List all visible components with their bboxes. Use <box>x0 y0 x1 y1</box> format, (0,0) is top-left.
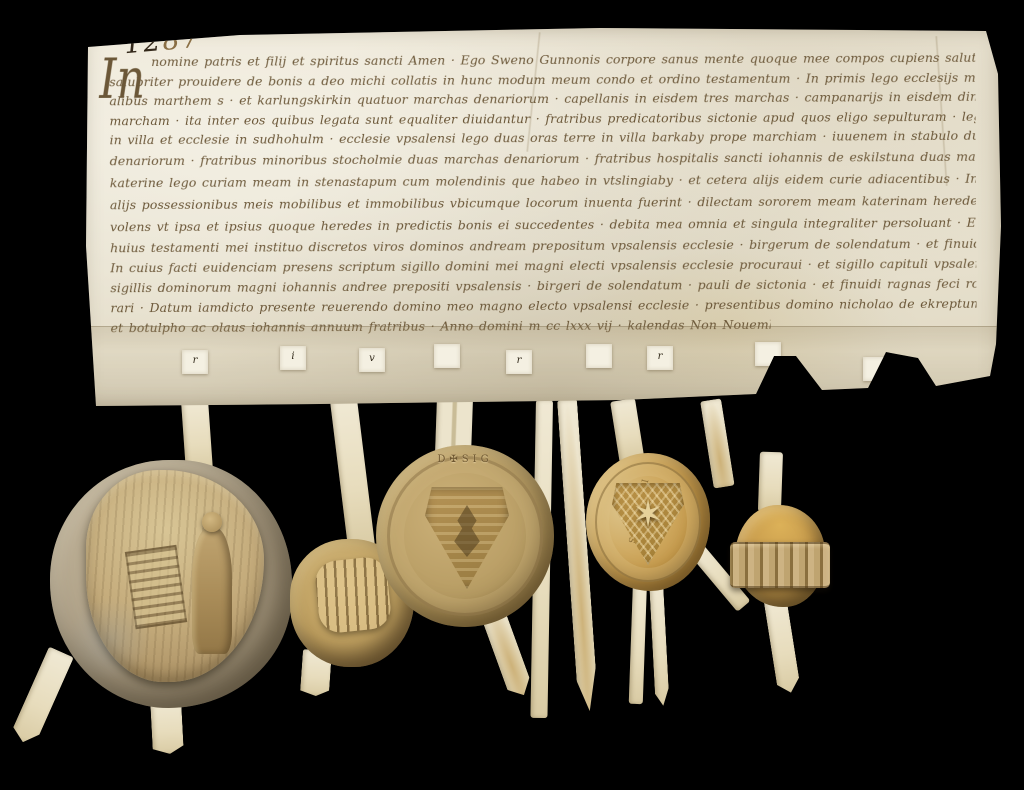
wax-seal-4: SVILLESI ✶ <box>586 453 710 591</box>
seal-tag-slit <box>755 342 781 366</box>
seal-tag-slit: i <box>280 346 306 370</box>
charter-text-line: denariorum · fratribus minoribus stochol… <box>110 149 976 174</box>
wax-seal-3: D✠SIG <box>376 445 554 627</box>
charter-text-line: rari · Datum iamdicto presente reuerendo… <box>110 296 976 321</box>
seal-strip-4-tail-right <box>649 580 670 707</box>
wax-seal-5 <box>735 505 825 607</box>
seal-tag-slit: r <box>506 350 532 374</box>
seal-1-building-detail <box>125 545 187 629</box>
seal-tag-slit <box>586 344 612 368</box>
seal-strip-5-lower <box>758 452 783 513</box>
seal-tag-slit: r <box>647 346 673 370</box>
charter-text-line: katerine lego curiam meam in stenastapum… <box>110 171 976 196</box>
seal-strip-5-upper <box>700 398 735 488</box>
seal-strip-1-tail-left <box>9 647 74 748</box>
seal-1-standing-figure <box>192 528 232 654</box>
seal-5-arcade-relief <box>730 542 830 588</box>
wax-seal-1 <box>50 460 292 708</box>
seal-1-relief <box>86 470 264 682</box>
seal-tag-slit: r <box>182 350 208 374</box>
plica-fold <box>86 326 998 407</box>
seal-tag-slit: v <box>359 348 385 372</box>
charter-text-line: alijs possessionibus meis mobilibus et i… <box>110 193 976 218</box>
seal-strip-2 <box>330 398 375 552</box>
seal-strip-5-tail <box>763 594 801 694</box>
charter-photograph: D✠SIG SVILLESI ✶ 1287 In nomine patris e… <box>0 0 1024 790</box>
parchment-sheet: 1287 In nomine patris et filij et spirit… <box>80 26 1002 408</box>
seal-tag-slit <box>434 344 460 368</box>
seal-tag-slit <box>863 357 889 381</box>
seal-strip-3-tail-long-right <box>557 399 599 712</box>
seal-3-legend-text: D✠SIG <box>376 454 554 465</box>
seal-strip-4-tail-left <box>629 582 647 704</box>
